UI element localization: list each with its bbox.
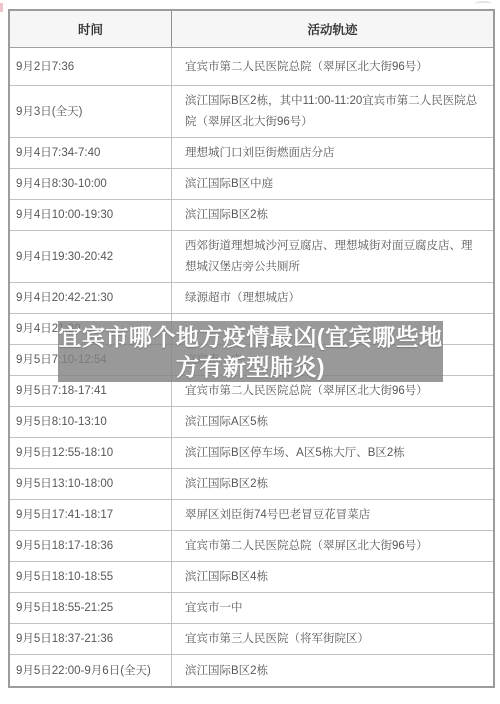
table-row: 9月4日8:30-10:00滨江国际B区中庭 [10,169,493,200]
table-row: 9月4日20:42-21:30绿源超市（理想城店） [10,283,493,314]
overlay-title-line1: 宜宾市哪个地方疫情最凶(宜宾哪些地 [58,322,443,352]
header-activity: 活动轨迹 [172,11,493,47]
time-cell: 9月5日13:10-18:00 [10,469,172,499]
time-cell: 9月2日7:36 [10,48,172,85]
table-row: 9月5日13:10-18:00滨江国际B区2栋 [10,469,493,500]
activity-cell: 宜宾市第二人民医院总院（翠屏区北大街96号） [172,48,493,85]
time-cell: 9月4日8:30-10:00 [10,169,172,199]
table-row: 9月5日18:55-21:25宜宾市一中 [10,593,493,624]
time-cell: 9月5日18:17-18:36 [10,531,172,561]
table-row: 9月5日18:17-18:36宜宾市第二人民医院总院（翠屏区北大街96号） [10,531,493,562]
activity-cell: 滨江国际B区2栋 [172,469,493,499]
table-row: 9月4日19:30-20:42西郊街道理想城沙河豆腐店、理想城街对面豆腐皮店、理… [10,231,493,283]
watermark-artifact [474,1,492,7]
overlay-title-line2: 方有新型肺炎) [58,352,443,382]
table-row: 9月5日22:00-9月6日(全天)滨江国际B区2栋 [10,655,493,686]
time-cell: 9月4日19:30-20:42 [10,231,172,282]
title-overlay: 宜宾市哪个地方疫情最凶(宜宾哪些地 方有新型肺炎) [58,321,443,382]
activity-cell: 滨江国际B区2栋，其中11:00-11:20宜宾市第二人民医院总院（翠屏区北大街… [172,86,493,137]
time-cell: 9月5日8:10-13:10 [10,407,172,437]
activity-cell: 滨江国际B区中庭 [172,169,493,199]
activity-cell: 宜宾市一中 [172,593,493,623]
time-cell: 9月5日12:55-18:10 [10,438,172,468]
table-row: 9月3日(全天)滨江国际B区2栋，其中11:00-11:20宜宾市第二人民医院总… [10,86,493,138]
table-header-row: 时间 活动轨迹 [10,11,493,48]
time-cell: 9月3日(全天) [10,86,172,137]
time-cell: 9月5日17:41-18:17 [10,500,172,530]
time-cell: 9月4日10:00-19:30 [10,200,172,230]
activity-cell: 西郊街道理想城沙河豆腐店、理想城街对面豆腐皮店、理想城汉堡店旁公共厕所 [172,231,493,282]
table-row: 9月2日7:36宜宾市第二人民医院总院（翠屏区北大街96号） [10,48,493,86]
activity-cell: 宜宾市第二人民医院总院（翠屏区北大街96号） [172,531,493,561]
activity-cell: 绿源超市（理想城店） [172,283,493,313]
left-edge-artifact [0,3,3,12]
header-time: 时间 [10,11,172,47]
activity-cell: 滨江国际B区2栋 [172,655,493,686]
activity-cell: 滨江国际B区2栋 [172,200,493,230]
table-row: 9月5日18:10-18:55滨江国际B区4栋 [10,562,493,593]
activity-cell: 滨江国际A区5栋 [172,407,493,437]
page: 时间 活动轨迹 9月2日7:36宜宾市第二人民医院总院（翠屏区北大街96号）9月… [0,0,500,704]
table-row: 9月5日18:37-21:36宜宾市第三人民医院（将军街院区） [10,624,493,655]
time-cell: 9月4日20:42-21:30 [10,283,172,313]
activity-cell: 理想城门口刘臣街燃面店分店 [172,138,493,168]
table-row: 9月5日12:55-18:10滨江国际B区停车场、A区5栋大厅、B区2栋 [10,438,493,469]
activity-cell: 滨江国际B区停车场、A区5栋大厅、B区2栋 [172,438,493,468]
activity-cell: 翠屏区刘臣街74号巴老冒豆花冒菜店 [172,500,493,530]
time-cell: 9月4日7:34-7:40 [10,138,172,168]
table-row: 9月4日10:00-19:30滨江国际B区2栋 [10,200,493,231]
table-row: 9月5日17:41-18:17翠屏区刘臣街74号巴老冒豆花冒菜店 [10,500,493,531]
time-cell: 9月5日18:10-18:55 [10,562,172,592]
activity-cell: 滨江国际B区4栋 [172,562,493,592]
table-row: 9月5日8:10-13:10滨江国际A区5栋 [10,407,493,438]
time-cell: 9月5日18:37-21:36 [10,624,172,654]
time-cell: 9月5日22:00-9月6日(全天) [10,655,172,686]
table-row: 9月4日7:34-7:40理想城门口刘臣街燃面店分店 [10,138,493,169]
time-cell: 9月5日18:55-21:25 [10,593,172,623]
activity-cell: 宜宾市第三人民医院（将军街院区） [172,624,493,654]
